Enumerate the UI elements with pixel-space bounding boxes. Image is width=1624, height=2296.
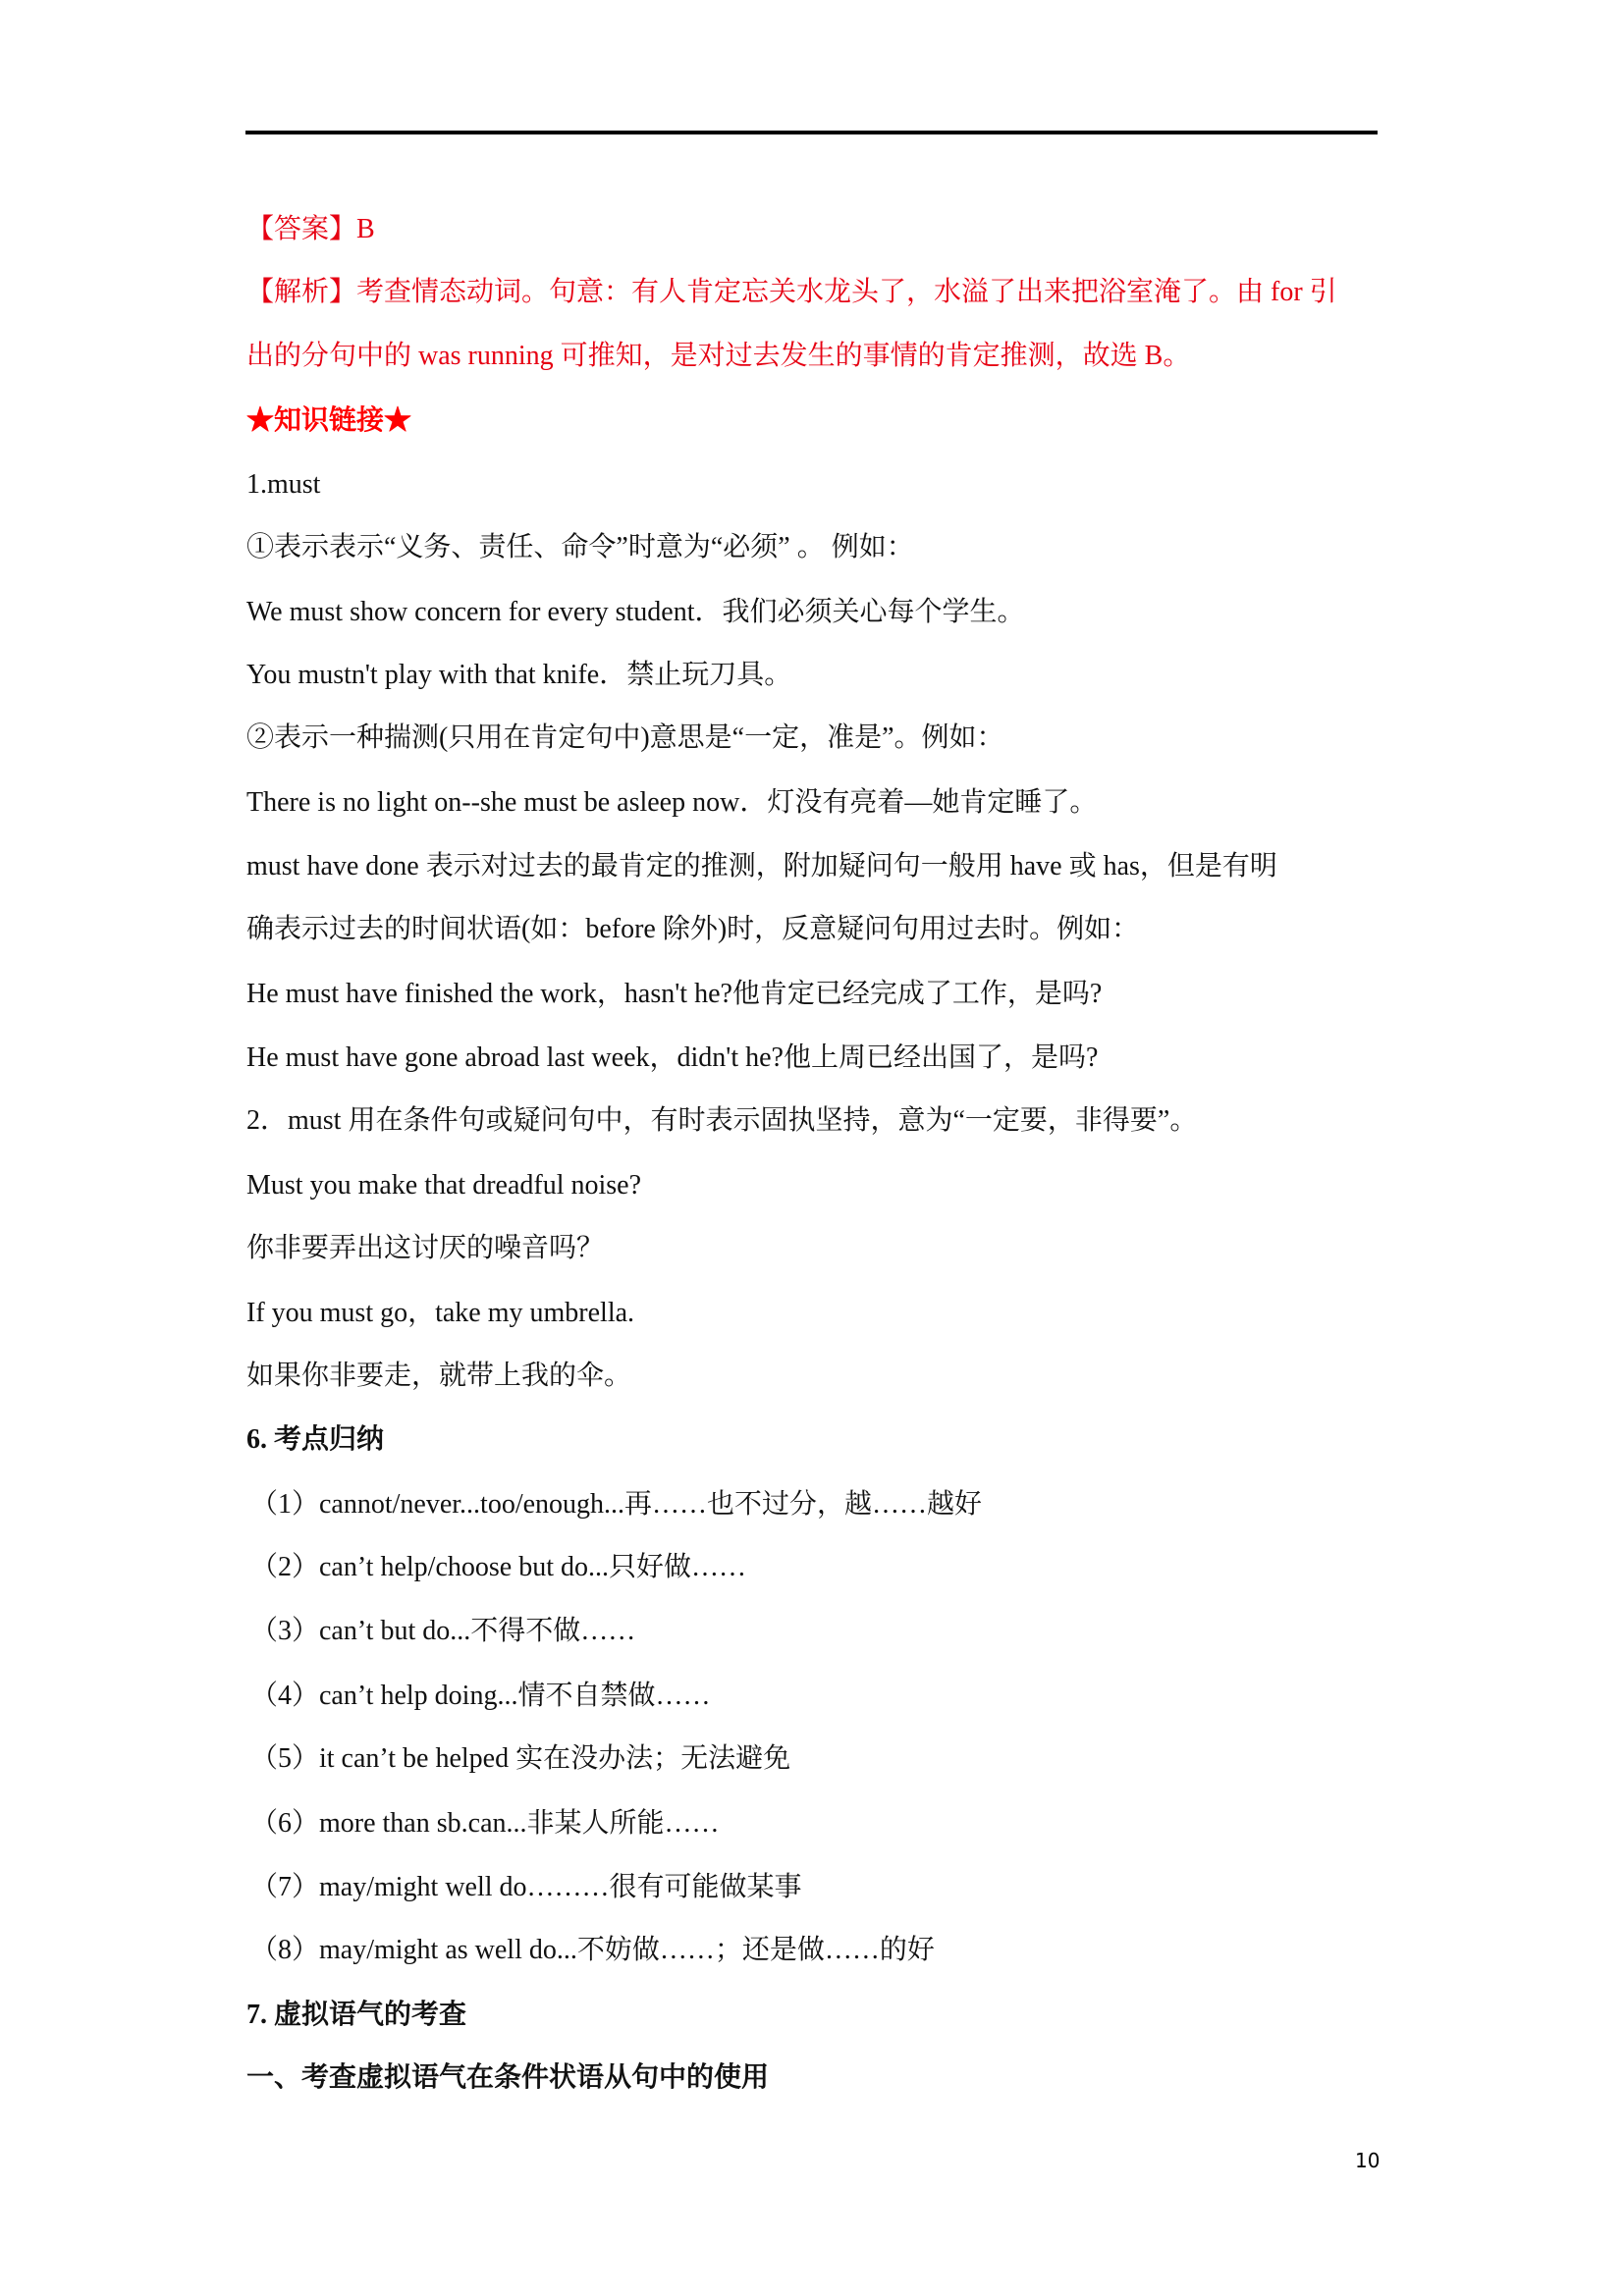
analysis-line-2: 出的分句中的 was running 可推知，是对过去发生的事情的肯定推测，故选…	[246, 339, 1378, 374]
knowledge-line: 2．must 用在条件句或疑问句中，有时表示固执坚持，意为“一定要，非得要”。	[246, 1103, 1378, 1139]
knowledge-line: He must have finished the work，hasn't he…	[246, 977, 1378, 1012]
knowledge-line: ①表示表示“义务、责任、命令”时意为“必须” 。 例如：	[246, 530, 1378, 565]
header-rule	[245, 131, 1378, 134]
knowledge-line: ②表示一种揣测(只用在肯定句中)意思是“一定，准是”。例如：	[246, 721, 1378, 756]
summary-item: （5）it can’t be helped 实在没办法；无法避免	[250, 1741, 1381, 1777]
answer-value: B	[356, 214, 375, 244]
knowledge-line: 确表示过去的时间状语(如：before 除外)时，反意疑问句用过去时。例如：	[246, 912, 1378, 947]
answer-label: 【答案】	[246, 214, 356, 244]
knowledge-line: You mustn't play with that knife．禁止玩刀具。	[246, 658, 1378, 693]
knowledge-line: 如果你非要走，就带上我的伞。	[246, 1359, 1378, 1394]
knowledge-line: If you must go，take my umbrella.	[246, 1296, 1378, 1331]
summary-item: （8）may/might as well do...不妨做……；还是做……的好	[250, 1933, 1381, 1968]
knowledge-line: 1.must	[246, 467, 1378, 503]
knowledge-heading: ★知识链接★	[246, 403, 1378, 439]
section-7-heading: 7. 虚拟语气的考查	[246, 1998, 1378, 2033]
summary-item: （2）can’t help/choose but do...只好做……	[250, 1550, 1381, 1585]
section-7-subheading: 一、考查虚拟语气在条件状语从句中的使用	[246, 2060, 1378, 2096]
analysis-line-1: 【解析】考查情态动词。句意：有人肯定忘关水龙头了，水溢了出来把浴室淹了。由 fo…	[246, 275, 1378, 310]
knowledge-line: There is no light on--she must be asleep…	[246, 785, 1378, 821]
knowledge-line: 你非要弄出这讨厌的噪音吗？	[246, 1231, 1378, 1266]
knowledge-line: We must show concern for every student．我…	[246, 595, 1378, 630]
knowledge-line: Must you make that dreadful noise?	[246, 1168, 1378, 1203]
summary-item: （6）more than sb.can...非某人所能……	[250, 1806, 1381, 1842]
knowledge-line: He must have gone abroad last week，didn'…	[246, 1041, 1378, 1076]
section-6-heading: 6. 考点归纳	[246, 1422, 1378, 1458]
summary-item: （7）may/might well do………很有可能做某事	[250, 1870, 1381, 1905]
summary-item: （4）can’t help doing...情不自禁做……	[250, 1679, 1381, 1714]
answer-line: 【答案】B	[246, 212, 1378, 247]
knowledge-line: must have done 表示对过去的最肯定的推测，附加疑问句一般用 hav…	[246, 849, 1378, 884]
summary-item: （3）can’t but do...不得不做……	[250, 1614, 1381, 1649]
summary-item: （1）cannot/never...too/enough...再……也不过分，越…	[250, 1487, 1381, 1522]
page-number: 10	[1355, 2149, 1380, 2172]
